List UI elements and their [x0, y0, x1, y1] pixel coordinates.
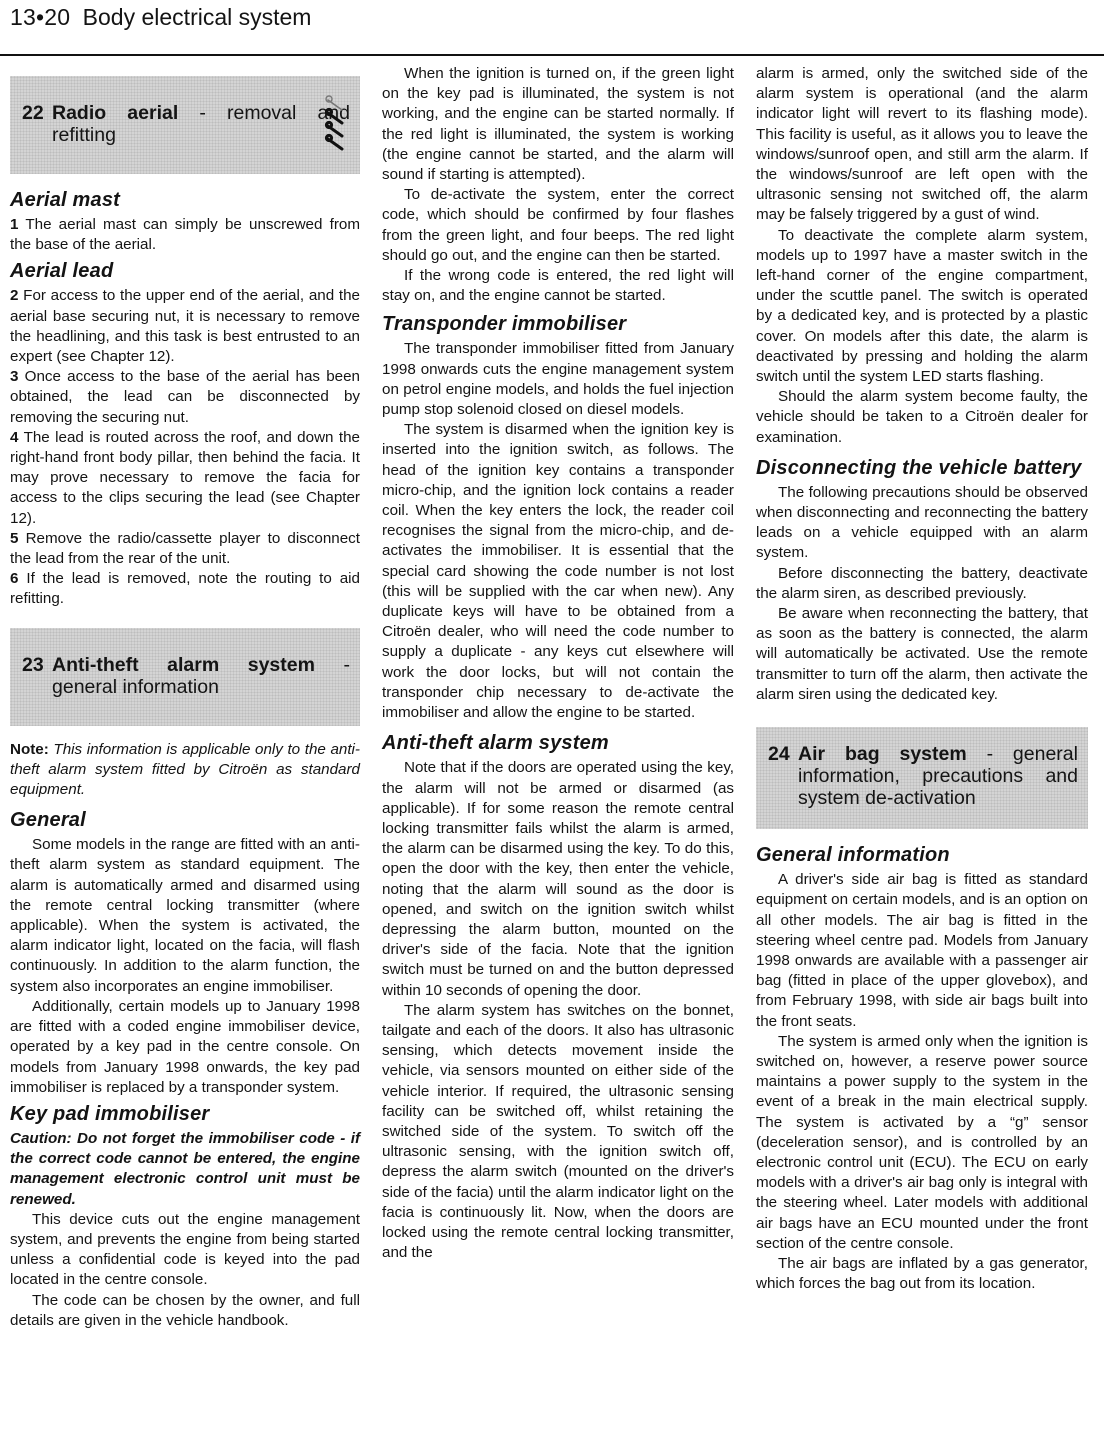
- paragraph: Before disconnecting the battery, deacti…: [756, 564, 1088, 604]
- chapter-title: Body electrical system: [83, 4, 312, 30]
- paragraph: This device cuts out the engine manageme…: [10, 1210, 360, 1291]
- paragraph: Should the alarm system become faulty, t…: [756, 387, 1088, 448]
- column-3: alarm is armed, only the switched side o…: [756, 64, 1088, 1294]
- paragraph: The system is disarmed when the ignition…: [382, 420, 734, 723]
- numbered-paragraph: 1 The aerial mast can simply be unscrewe…: [10, 215, 360, 255]
- subsection-heading: General information: [756, 843, 1088, 867]
- wrench-rating-icon: [324, 94, 346, 156]
- paragraph: A driver's side air bag is fitted as sta…: [756, 870, 1088, 1032]
- section-number: 23: [22, 654, 44, 676]
- paragraph: Be aware when reconnecting the battery, …: [756, 604, 1088, 705]
- paragraph: Additionally, certain models up to Janua…: [10, 997, 360, 1098]
- section-number: 22: [22, 102, 44, 124]
- subsection-heading: Key pad immobiliser: [10, 1102, 360, 1126]
- paragraph: Note that if the doors are operated usin…: [382, 758, 734, 1000]
- paragraph: The system is armed only when the igniti…: [756, 1032, 1088, 1254]
- paragraph: When the ignition is turned on, if the g…: [382, 64, 734, 185]
- paragraph: If the wrong code is entered, the red li…: [382, 266, 734, 306]
- paragraph: The transponder immobiliser fitted from …: [382, 339, 734, 420]
- subsection-heading: Anti-theft alarm system: [382, 731, 734, 755]
- caution-text: Caution: Do not forget the immobiliser c…: [10, 1129, 360, 1210]
- paragraph: The alarm system has switches on the bon…: [382, 1001, 734, 1264]
- subsection-heading: Aerial mast: [10, 188, 360, 212]
- paragraph: The air bags are inflated by a gas gener…: [756, 1254, 1088, 1294]
- column-1: 22 Radio aerial - removal and refitting …: [10, 64, 360, 1331]
- column-2: When the ignition is turned on, if the g…: [382, 64, 734, 1263]
- paragraph: Some models in the range are fitted with…: [10, 835, 360, 997]
- section-22-banner: 22 Radio aerial - removal and refitting: [10, 76, 360, 174]
- page-header: 13•20 Body electrical system: [10, 4, 1104, 31]
- section-number: 24: [768, 743, 790, 765]
- subsection-heading: Aerial lead: [10, 259, 360, 283]
- header-rule: [0, 54, 1104, 56]
- numbered-paragraph: 5 Remove the radio/cassette player to di…: [10, 529, 360, 569]
- paragraph: The code can be chosen by the owner, and…: [10, 1291, 360, 1331]
- subsection-heading: General: [10, 808, 360, 832]
- subsection-heading: Disconnecting the vehicle battery: [756, 456, 1088, 480]
- paragraph: To de-activate the system, enter the cor…: [382, 185, 734, 266]
- paragraph: The following precautions should be obse…: [756, 483, 1088, 564]
- paragraph-continued: alarm is armed, only the switched side o…: [756, 64, 1088, 226]
- page-number: 13•20: [10, 4, 70, 30]
- numbered-paragraph: 6 If the lead is removed, note the routi…: [10, 569, 360, 609]
- subsection-heading: Transponder immobiliser: [382, 312, 734, 336]
- numbered-paragraph: 4 The lead is routed across the roof, an…: [10, 428, 360, 529]
- numbered-paragraph: 2 For access to the upper end of the aer…: [10, 286, 360, 367]
- section-24-banner: 24 Air bag system - general information,…: [756, 727, 1088, 829]
- note: Note: This information is applicable onl…: [10, 740, 360, 801]
- section-23-banner: 23 Anti-theft alarm system - general inf…: [10, 628, 360, 726]
- section-title: Air bag system - general information, pr…: [798, 743, 1078, 809]
- section-title: Anti-theft alarm system - general inform…: [52, 654, 350, 698]
- section-title: Radio aerial - removal and refitting: [52, 102, 350, 146]
- numbered-paragraph: 3 Once access to the base of the aerial …: [10, 367, 360, 428]
- paragraph: To deactivate the complete alarm system,…: [756, 226, 1088, 388]
